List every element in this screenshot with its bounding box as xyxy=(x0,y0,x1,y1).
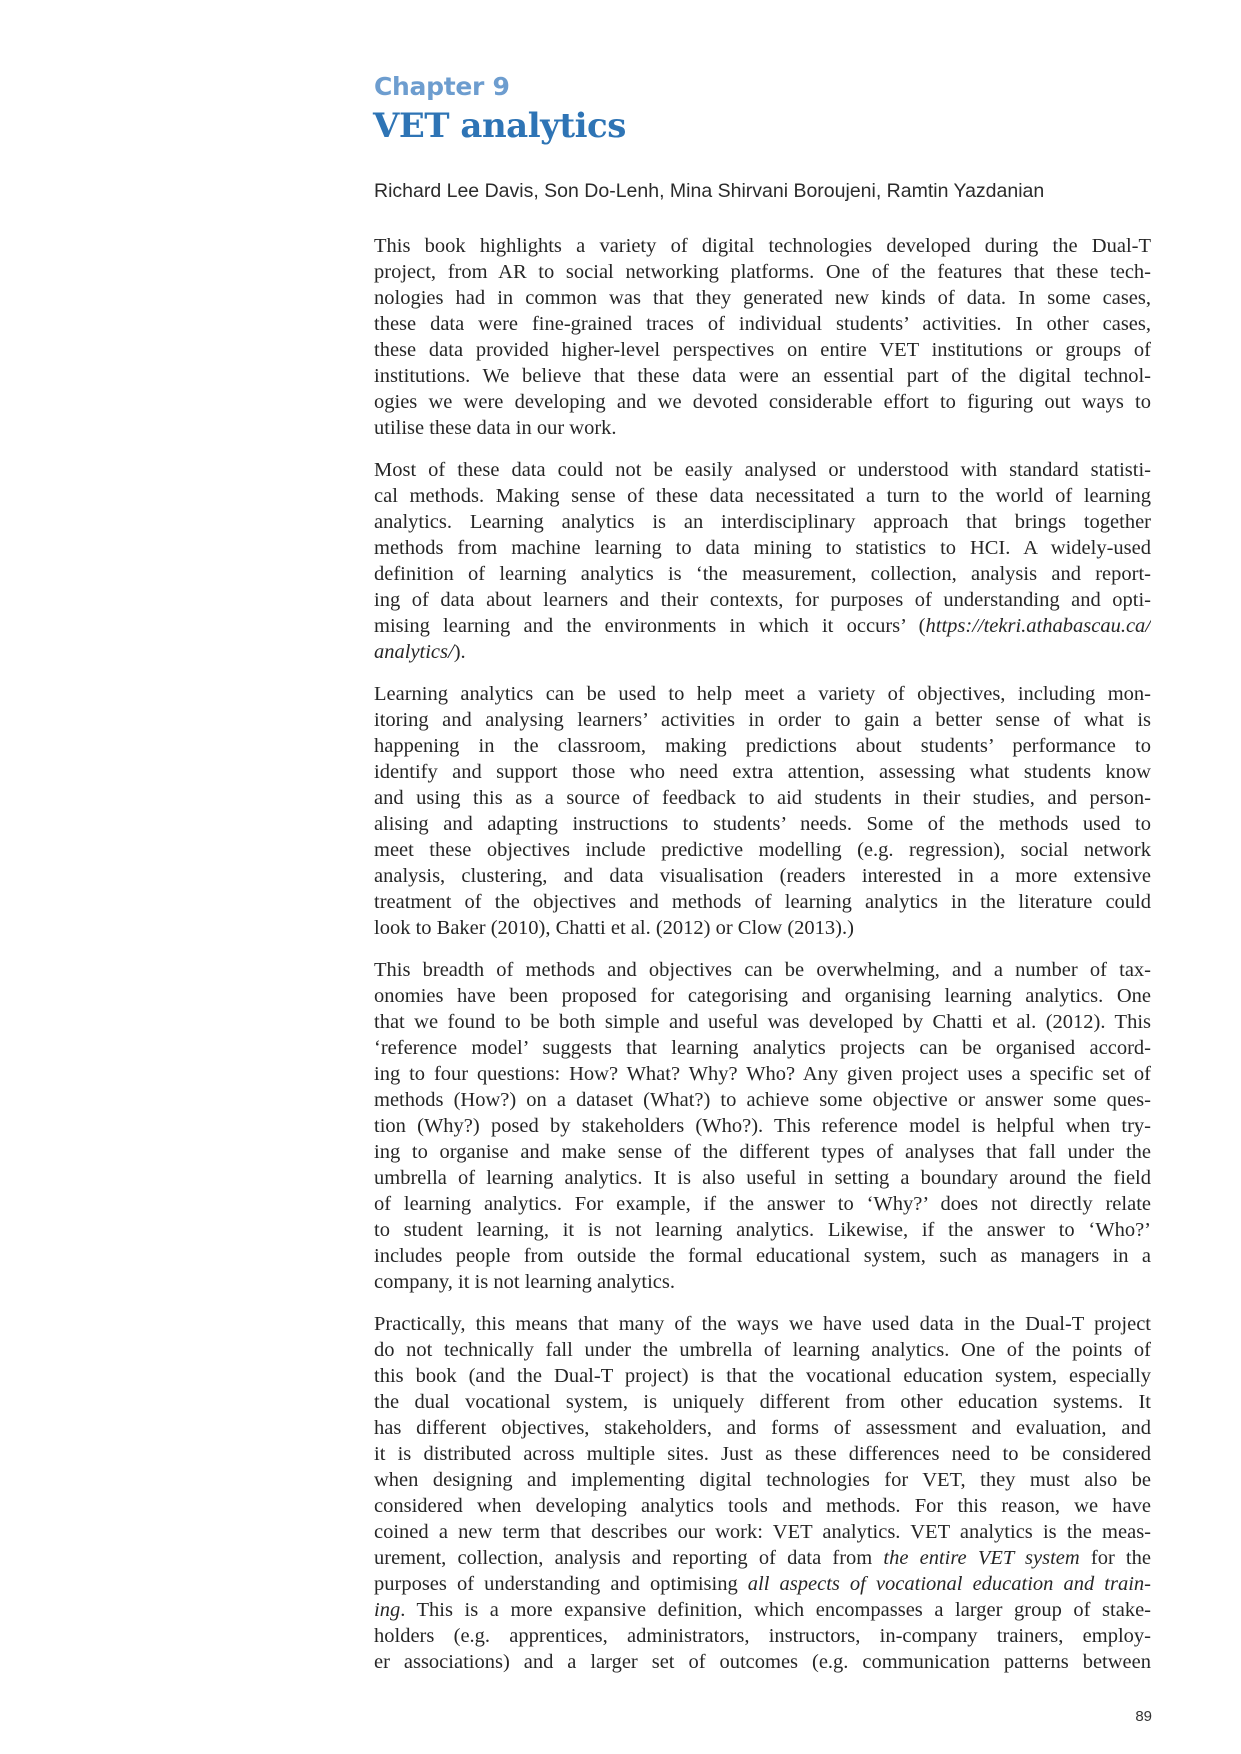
text-run: for the xyxy=(1080,1547,1151,1569)
text-line: This book highlights a variety of digita… xyxy=(374,233,1151,259)
text-line: ing of data about learners and their con… xyxy=(374,587,1151,613)
text-line: these data provided higher-level perspec… xyxy=(374,337,1151,363)
text-run: mising learning and the environments in … xyxy=(374,615,926,637)
text-line: umbrella of learning analytics. It is al… xyxy=(374,1165,1151,1191)
text-line: ing to four questions: How? What? Why? W… xyxy=(374,1061,1151,1087)
text-run: of learning analytics. For example, if t… xyxy=(374,1193,1151,1215)
text-line: do not technically fall under the umbrel… xyxy=(374,1337,1151,1363)
italic-text: the entire VET system xyxy=(883,1547,1079,1569)
text-line: methods from machine learning to data mi… xyxy=(374,535,1151,561)
text-run: these data were fine-grained traces of i… xyxy=(374,313,1151,335)
text-run: meet these objectives include predictive… xyxy=(374,839,1151,861)
text-run: umbrella of learning analytics. It is al… xyxy=(374,1167,1151,1189)
text-line: meet these objectives include predictive… xyxy=(374,837,1151,863)
text-run: tion (Why?) posed by stakeholders (Who?)… xyxy=(374,1115,1151,1137)
body-paragraph: This breadth of methods and objectives c… xyxy=(374,957,1151,1295)
italic-text: ing xyxy=(374,1599,400,1621)
text-line: it is distributed across multiple sites.… xyxy=(374,1441,1151,1467)
text-run: urement, collection, analysis and report… xyxy=(374,1547,883,1569)
text-run: Most of these data could not be easily a… xyxy=(374,459,1151,481)
text-line: ing. This is a more expansive definition… xyxy=(374,1597,1151,1623)
text-run: er associations) and a larger set of out… xyxy=(374,1651,1151,1673)
text-line: Most of these data could not be easily a… xyxy=(374,457,1151,483)
text-run: definition of learning analytics is ‘the… xyxy=(374,563,1151,585)
text-run: methods (How?) on a dataset (What?) to a… xyxy=(374,1089,1151,1111)
text-run: ing to organise and make sense of the di… xyxy=(374,1141,1151,1163)
text-line: purposes of understanding and optimising… xyxy=(374,1571,1151,1597)
text-line: identify and support those who need extr… xyxy=(374,759,1151,785)
text-line: ‘reference model’ suggests that learning… xyxy=(374,1035,1151,1061)
text-line: ing to organise and make sense of the di… xyxy=(374,1139,1151,1165)
text-line: this book (and the Dual-T project) is th… xyxy=(374,1363,1151,1389)
text-line: cal methods. Making sense of these data … xyxy=(374,483,1151,509)
text-run: This breadth of methods and objectives c… xyxy=(374,959,1151,981)
text-line: happening in the classroom, making predi… xyxy=(374,733,1151,759)
text-line: Practically, this means that many of the… xyxy=(374,1311,1151,1337)
text-line: that we found to be both simple and usef… xyxy=(374,1009,1151,1035)
text-run: it is distributed across multiple sites.… xyxy=(374,1443,1151,1465)
text-run: these data provided higher-level perspec… xyxy=(374,339,1151,361)
text-line: methods (How?) on a dataset (What?) to a… xyxy=(374,1087,1151,1113)
text-line: when designing and implementing digital … xyxy=(374,1467,1151,1493)
text-line: alising and adapting instructions to stu… xyxy=(374,811,1151,837)
text-run: ‘reference model’ suggests that learning… xyxy=(374,1037,1151,1059)
text-run: has different objectives, stakeholders, … xyxy=(374,1417,1151,1439)
body-paragraph: Most of these data could not be easily a… xyxy=(374,457,1151,665)
text-run: coined a new term that describes our wor… xyxy=(374,1521,1151,1543)
text-line: treatment of the objectives and methods … xyxy=(374,889,1151,915)
text-run: that we found to be both simple and usef… xyxy=(374,1011,1151,1033)
text-run: and using this as a source of feedback t… xyxy=(374,787,1151,809)
text-line: ogies we were developing and we devoted … xyxy=(374,389,1151,415)
text-run: project, from AR to social networking pl… xyxy=(374,261,1151,283)
text-line: coined a new term that describes our wor… xyxy=(374,1519,1151,1545)
text-run: institutions. We believe that these data… xyxy=(374,365,1151,387)
text-line: er associations) and a larger set of out… xyxy=(374,1649,1151,1675)
text-run: Practically, this means that many of the… xyxy=(374,1313,1151,1335)
text-line: Learning analytics can be used to help m… xyxy=(374,681,1151,707)
text-line: nologies had in common was that they gen… xyxy=(374,285,1151,311)
text-line: analysis, clustering, and data visualisa… xyxy=(374,863,1151,889)
text-run: itoring and analysing learners’ activiti… xyxy=(374,709,1151,731)
body-paragraph: This book highlights a variety of digita… xyxy=(374,233,1151,441)
text-line: tion (Why?) posed by stakeholders (Who?)… xyxy=(374,1113,1151,1139)
text-run: methods from machine learning to data mi… xyxy=(374,537,1151,559)
text-line: considered when developing analytics too… xyxy=(374,1493,1151,1519)
text-line: includes people from outside the formal … xyxy=(374,1243,1151,1269)
text-run: analytics. Learning analytics is an inte… xyxy=(374,511,1151,533)
page-number: 89 xyxy=(1128,1708,1152,1725)
text-run: ing to four questions: How? What? Why? W… xyxy=(374,1063,1151,1085)
text-run: cal methods. Making sense of these data … xyxy=(374,485,1151,507)
italic-text: https://tekri.athabascau.ca/ xyxy=(926,615,1151,637)
text-line: the dual vocational system, is uniquely … xyxy=(374,1389,1151,1415)
text-line: This breadth of methods and objectives c… xyxy=(374,957,1151,983)
italic-text: all aspects of vocational education and … xyxy=(748,1573,1151,1595)
text-line: project, from AR to social networking pl… xyxy=(374,259,1151,285)
text-run: holders (e.g. apprentices, administrator… xyxy=(374,1625,1151,1647)
text-line: analytics/). xyxy=(374,639,1151,665)
text-run: alising and adapting instructions to stu… xyxy=(374,813,1151,835)
text-run: treatment of the objectives and methods … xyxy=(374,891,1151,913)
text-run: nologies had in common was that they gen… xyxy=(374,287,1151,309)
text-run: company, it is not learning analytics. xyxy=(374,1271,675,1293)
text-run: identify and support those who need extr… xyxy=(374,761,1151,783)
text-run: . This is a more expansive definition, w… xyxy=(400,1599,1151,1621)
text-run: when designing and implementing digital … xyxy=(374,1469,1151,1491)
text-run: ing of data about learners and their con… xyxy=(374,589,1151,611)
body-paragraph: Learning analytics can be used to help m… xyxy=(374,681,1151,941)
text-run: ogies we were developing and we devoted … xyxy=(374,391,1151,413)
text-line: of learning analytics. For example, if t… xyxy=(374,1191,1151,1217)
text-run: ). xyxy=(454,641,466,663)
text-line: has different objectives, stakeholders, … xyxy=(374,1415,1151,1441)
text-line: mising learning and the environments in … xyxy=(374,613,1151,639)
text-run: analysis, clustering, and data visualisa… xyxy=(374,865,1151,887)
text-run: includes people from outside the formal … xyxy=(374,1245,1151,1267)
text-run: purposes of understanding and optimising xyxy=(374,1573,748,1595)
chapter-label: Chapter 9 xyxy=(374,72,510,101)
text-run: look to Baker (2010), Chatti et al. (201… xyxy=(374,917,854,939)
text-line: definition of learning analytics is ‘the… xyxy=(374,561,1151,587)
text-line: to student learning, it is not learning … xyxy=(374,1217,1151,1243)
text-line: itoring and analysing learners’ activiti… xyxy=(374,707,1151,733)
chapter-title: VET analytics xyxy=(373,106,626,146)
text-run: this book (and the Dual-T project) is th… xyxy=(374,1365,1151,1387)
text-run: do not technically fall under the umbrel… xyxy=(374,1339,1151,1361)
text-line: holders (e.g. apprentices, administrator… xyxy=(374,1623,1151,1649)
text-line: company, it is not learning analytics. xyxy=(374,1269,1151,1295)
text-line: these data were fine-grained traces of i… xyxy=(374,311,1151,337)
text-run: utilise these data in our work. xyxy=(374,417,617,439)
text-run: This book highlights a variety of digita… xyxy=(374,235,1151,257)
book-page: Chapter 9 VET analytics Richard Lee Davi… xyxy=(0,0,1241,1754)
text-line: utilise these data in our work. xyxy=(374,415,1151,441)
text-line: institutions. We believe that these data… xyxy=(374,363,1151,389)
text-line: look to Baker (2010), Chatti et al. (201… xyxy=(374,915,1151,941)
text-line: onomies have been proposed for categoris… xyxy=(374,983,1151,1009)
text-run: happening in the classroom, making predi… xyxy=(374,735,1151,757)
text-run: considered when developing analytics too… xyxy=(374,1495,1151,1517)
italic-text: analytics/ xyxy=(374,641,454,663)
body-text: This book highlights a variety of digita… xyxy=(374,233,1151,1691)
text-run: the dual vocational system, is uniquely … xyxy=(374,1391,1151,1413)
text-line: analytics. Learning analytics is an inte… xyxy=(374,509,1151,535)
text-line: and using this as a source of feedback t… xyxy=(374,785,1151,811)
body-paragraph: Practically, this means that many of the… xyxy=(374,1311,1151,1675)
text-run: onomies have been proposed for categoris… xyxy=(374,985,1151,1007)
text-run: Learning analytics can be used to help m… xyxy=(374,683,1151,705)
author-list: Richard Lee Davis, Son Do-Lenh, Mina Shi… xyxy=(374,180,1044,203)
text-run: to student learning, it is not learning … xyxy=(374,1219,1151,1241)
text-line: urement, collection, analysis and report… xyxy=(374,1545,1151,1571)
